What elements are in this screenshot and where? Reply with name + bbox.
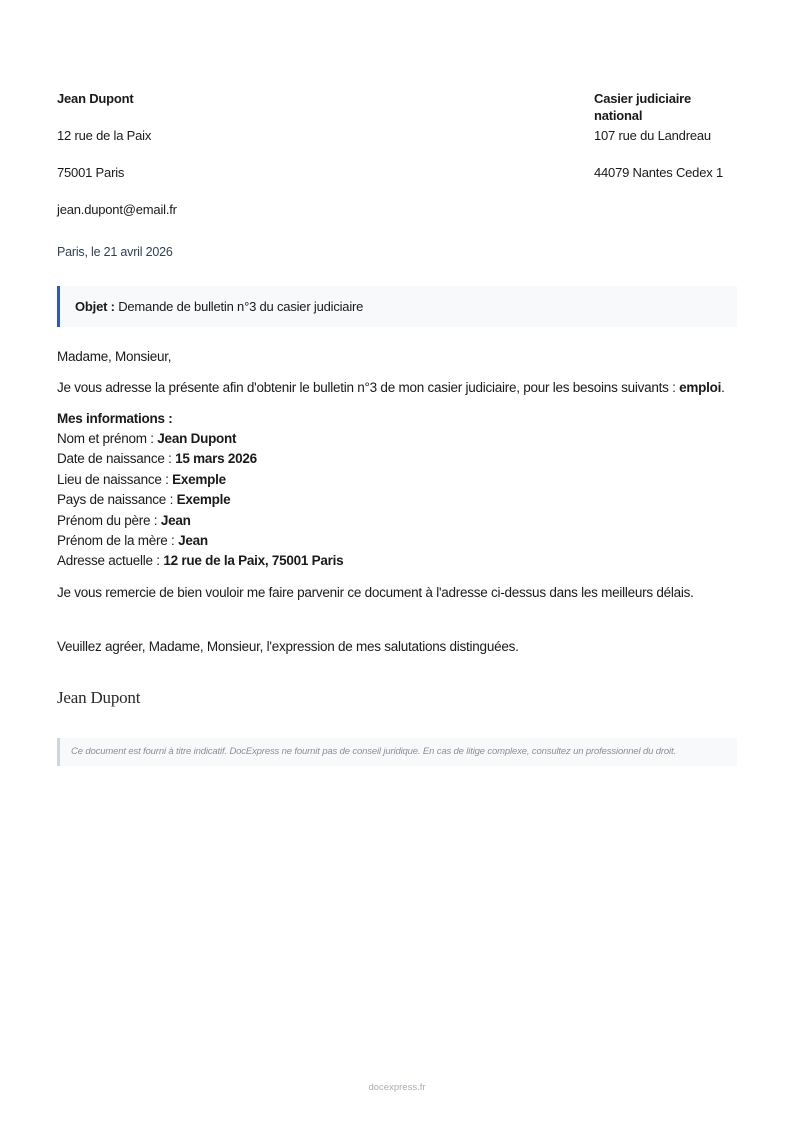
info-row: Prénom de la mère : Jean [57,531,737,551]
info-row: Nom et prénom : Jean Dupont [57,429,737,449]
sender-city: 75001 Paris [57,164,177,201]
info-label: Lieu de naissance : [57,472,172,487]
intro-text: Je vous adresse la présente afin d'obten… [57,380,679,395]
info-value: Exemple [177,492,231,507]
recipient-city: 44079 Nantes Cedex 1 [594,164,737,201]
letter-body: Madame, Monsieur, Je vous adresse la pré… [57,347,737,657]
info-label: Date de naissance : [57,451,175,466]
info-row: Lieu de naissance : Exemple [57,470,737,490]
sender-street: 12 rue de la Paix [57,127,177,164]
info-title: Mes informations : [57,409,737,429]
info-value: Exemple [172,472,226,487]
info-label: Adresse actuelle : [57,553,163,568]
sender-block: Jean Dupont 12 rue de la Paix 75001 Pari… [57,90,177,238]
info-row: Prénom du père : Jean [57,511,737,531]
disclaimer-box: Ce document est fourni à titre indicatif… [57,738,737,766]
sender-name: Jean Dupont [57,90,177,127]
info-row: Pays de naissance : Exemple [57,490,737,510]
closing-paragraph: Veuillez agréer, Madame, Monsieur, l'exp… [57,637,737,657]
salutation: Madame, Monsieur, [57,347,737,367]
recipient-street: 107 rue du Landreau [594,127,737,164]
sender-email: jean.dupont@email.fr [57,201,177,238]
subject-box: Objet : Demande de bulletin n°3 du casie… [57,286,737,327]
intro-paragraph: Je vous adresse la présente afin d'obten… [57,378,737,398]
signature: Jean Dupont [57,688,140,708]
info-label: Pays de naissance : [57,492,177,507]
letter-date: Paris, le 21 avril 2026 [57,245,173,259]
info-value: Jean Dupont [157,431,236,446]
recipient-name: Casier judiciaire national [594,90,737,127]
subject-label: Objet : [75,299,115,314]
intro-end: . [721,380,725,395]
thanks-paragraph: Je vous remercie de bien vouloir me fair… [57,583,737,603]
info-row: Date de naissance : 15 mars 2026 [57,449,737,469]
info-value: Jean [178,533,208,548]
info-label: Prénom de la mère : [57,533,178,548]
info-label: Nom et prénom : [57,431,157,446]
subject-text: Demande de bulletin n°3 du casier judici… [118,299,363,314]
footer-link[interactable]: docexpress.fr [0,1082,794,1093]
info-list: Nom et prénom : Jean Dupont Date de nais… [57,429,737,572]
intro-purpose: emploi [679,380,721,395]
info-value: Jean [161,513,191,528]
info-label: Prénom du père : [57,513,161,528]
info-value: 15 mars 2026 [175,451,257,466]
info-value: 12 rue de la Paix, 75001 Paris [163,553,343,568]
info-row: Adresse actuelle : 12 rue de la Paix, 75… [57,551,737,571]
recipient-block: Casier judiciaire national 107 rue du La… [594,90,737,201]
